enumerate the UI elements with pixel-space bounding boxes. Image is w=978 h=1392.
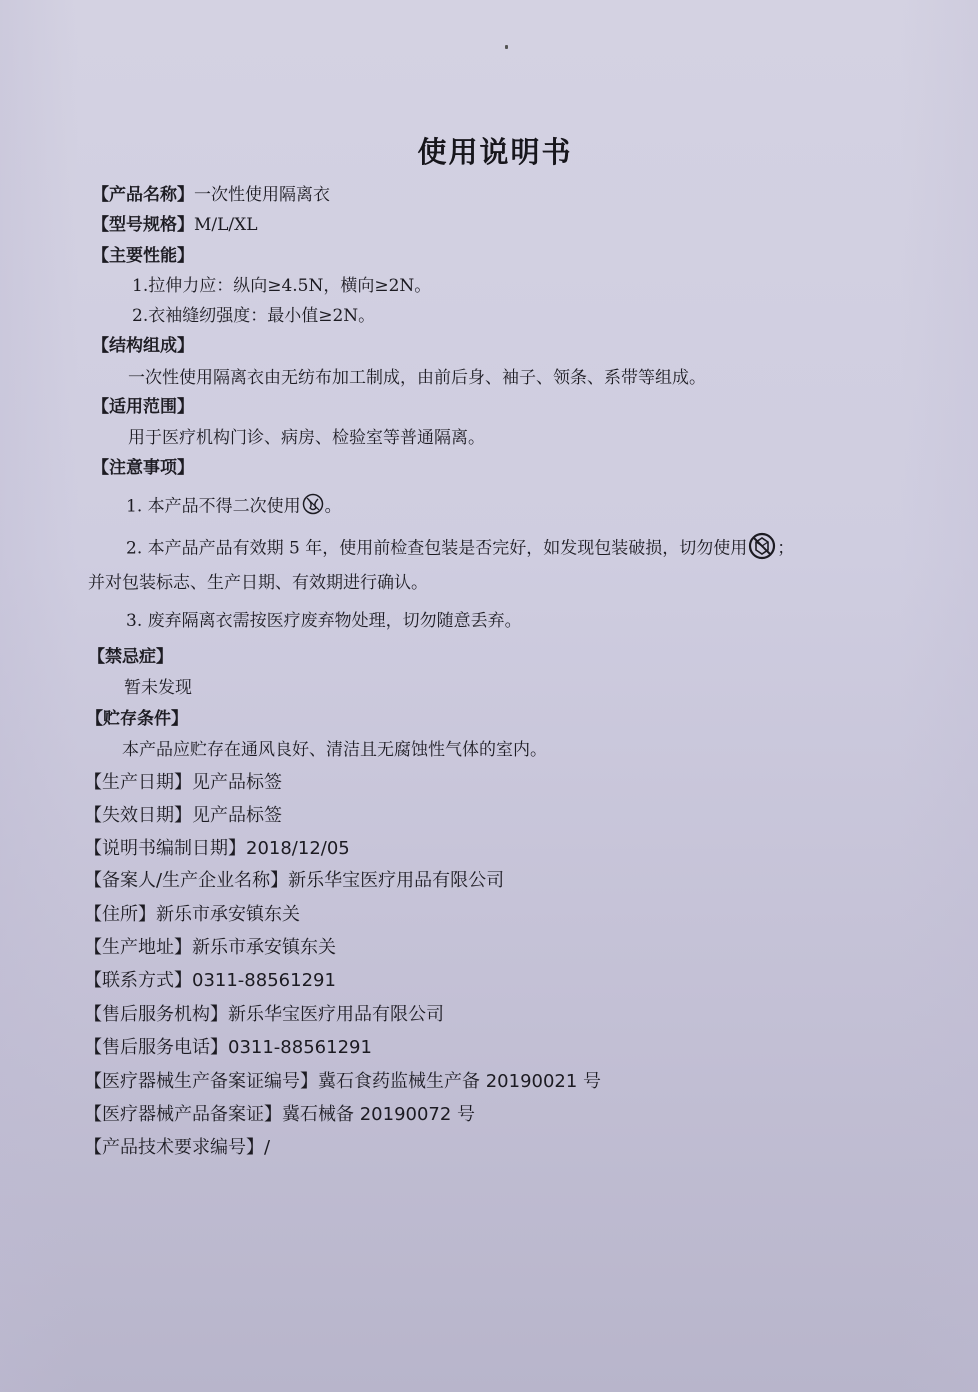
production-date-row: 【生产日期】见产品标签 bbox=[84, 772, 282, 794]
compile-date-row: 【说明书编制日期】2018/12/05 bbox=[84, 838, 350, 860]
expiry-date-label: 【失效日期】 bbox=[84, 805, 192, 826]
precaution-item-2-end: ； bbox=[777, 539, 794, 559]
page-title: 使用说明书 bbox=[0, 130, 978, 171]
precaution-item-3: 3. 废弃隔离衣需按医疗废弃物处理，切勿随意丢弃。 bbox=[126, 610, 522, 632]
product-record-row: 【医疗器械产品备案证】冀石械备 20190072 号 bbox=[84, 1104, 475, 1126]
product-name-value: 一次性使用隔离衣 bbox=[194, 185, 330, 205]
precaution-item-2: 2. 本产品产品有效期 5 年，使用前检查包装是否完好，如发现包装破损，切勿使用… bbox=[126, 532, 794, 566]
production-date-label: 【生产日期】 bbox=[84, 772, 192, 793]
production-date-value: 见产品标签 bbox=[192, 772, 282, 793]
structure-heading: 【结构组成】 bbox=[92, 335, 194, 357]
performance-item-1: 1.拉伸力应：纵向≥4.5N，横向≥2N。 bbox=[132, 275, 431, 297]
production-address-label: 【生产地址】 bbox=[84, 937, 192, 958]
model-spec-value: M/L/XL bbox=[194, 215, 258, 235]
scope-heading: 【适用范围】 bbox=[92, 396, 194, 418]
tech-req-label: 【产品技术要求编号】 bbox=[84, 1137, 264, 1158]
structure-text: 一次性使用隔离衣由无纺布加工制成，由前后身、袖子、领条、系带等组成。 bbox=[128, 367, 706, 389]
contact-value: 0311-88561291 bbox=[192, 970, 336, 991]
contact-row: 【联系方式】0311-88561291 bbox=[84, 970, 336, 992]
after-sales-phone-row: 【售后服务电话】0311-88561291 bbox=[84, 1037, 372, 1059]
performance-heading: 【主要性能】 bbox=[92, 245, 194, 267]
contraindications-heading: 【禁忌症】 bbox=[88, 646, 173, 668]
after-sales-phone-label: 【售后服务电话】 bbox=[84, 1037, 228, 1058]
residence-value: 新乐市承安镇东关 bbox=[156, 904, 300, 925]
production-record-row: 【医疗器械生产备案证编号】冀石食药监械生产备 20190021 号 bbox=[84, 1071, 601, 1093]
product-name-label: 【产品名称】 bbox=[92, 185, 194, 205]
storage-text: 本产品应贮存在通风良好、清洁且无腐蚀性气体的室内。 bbox=[122, 739, 547, 761]
precautions-label: 【注意事项】 bbox=[92, 458, 194, 478]
precaution-item-2-text: 2. 本产品产品有效期 5 年，使用前检查包装是否完好，如发现包装破损，切勿使用 bbox=[126, 539, 747, 559]
registrant-value: 新乐华宝医疗用品有限公司 bbox=[288, 870, 504, 891]
after-sales-phone-value: 0311-88561291 bbox=[228, 1037, 372, 1058]
model-spec-row: 【型号规格】M/L/XL bbox=[92, 214, 258, 236]
residence-label: 【住所】 bbox=[84, 904, 156, 925]
residence-row: 【住所】新乐市承安镇东关 bbox=[84, 904, 300, 926]
precaution-item-1-end: 。 bbox=[325, 497, 342, 517]
product-record-value: 冀石械备 20190072 号 bbox=[282, 1104, 475, 1125]
structure-label: 【结构组成】 bbox=[92, 336, 194, 356]
after-sales-org-value: 新乐华宝医疗用品有限公司 bbox=[228, 1004, 444, 1025]
do-not-use-if-damaged-icon bbox=[748, 532, 776, 566]
tech-req-value: / bbox=[264, 1137, 270, 1158]
expiry-date-row: 【失效日期】见产品标签 bbox=[84, 805, 282, 827]
after-sales-org-row: 【售后服务机构】新乐华宝医疗用品有限公司 bbox=[84, 1004, 444, 1026]
after-sales-org-label: 【售后服务机构】 bbox=[84, 1004, 228, 1025]
performance-label: 【主要性能】 bbox=[92, 246, 194, 266]
production-address-row: 【生产地址】新乐市承安镇东关 bbox=[84, 937, 336, 959]
scope-text: 用于医疗机构门诊、病房、检验室等普通隔离。 bbox=[128, 427, 485, 449]
precaution-item-1-text: 1. 本产品不得二次使用 bbox=[126, 497, 301, 517]
expiry-date-value: 见产品标签 bbox=[192, 805, 282, 826]
registrant-label: 【备案人/生产企业名称】 bbox=[84, 870, 288, 891]
do-not-reuse-icon bbox=[302, 493, 324, 521]
product-record-label: 【医疗器械产品备案证】 bbox=[84, 1104, 282, 1125]
production-address-value: 新乐市承安镇东关 bbox=[192, 937, 336, 958]
scope-label: 【适用范围】 bbox=[92, 397, 194, 417]
contact-label: 【联系方式】 bbox=[84, 970, 192, 991]
registrant-row: 【备案人/生产企业名称】新乐华宝医疗用品有限公司 bbox=[84, 870, 504, 892]
production-record-value: 冀石食药监械生产备 20190021 号 bbox=[318, 1071, 601, 1092]
product-name-row: 【产品名称】一次性使用隔离衣 bbox=[92, 184, 330, 206]
tech-req-row: 【产品技术要求编号】/ bbox=[84, 1137, 270, 1159]
contraindications-label: 【禁忌症】 bbox=[88, 647, 173, 667]
paper-speck bbox=[505, 45, 508, 49]
compile-date-value: 2018/12/05 bbox=[246, 838, 350, 859]
precaution-item-2-continued: 并对包装标志、生产日期、有效期进行确认。 bbox=[88, 572, 428, 594]
precaution-item-1: 1. 本产品不得二次使用。 bbox=[126, 493, 342, 521]
compile-date-label: 【说明书编制日期】 bbox=[84, 838, 246, 859]
performance-item-2: 2.衣袖缝纫强度：最小值≥2N。 bbox=[132, 305, 375, 327]
storage-heading: 【贮存条件】 bbox=[86, 708, 188, 730]
model-spec-label: 【型号规格】 bbox=[92, 215, 194, 235]
precautions-heading: 【注意事项】 bbox=[92, 457, 194, 479]
storage-label: 【贮存条件】 bbox=[86, 709, 188, 729]
contraindications-text: 暂未发现 bbox=[124, 677, 192, 699]
production-record-label: 【医疗器械生产备案证编号】 bbox=[84, 1071, 318, 1092]
